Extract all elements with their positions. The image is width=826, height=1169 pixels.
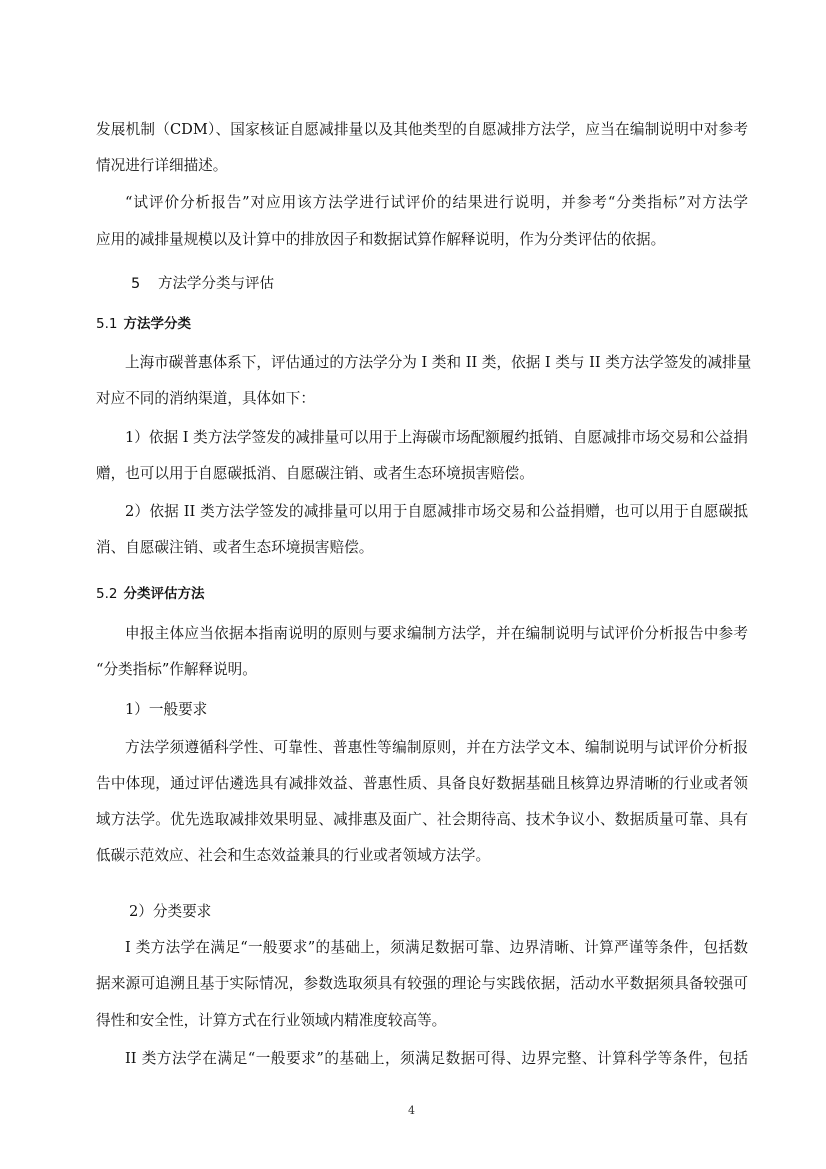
section-title: 方法学分类与评估 (158, 276, 274, 292)
subsection-title: 分类评估方法 (123, 586, 204, 602)
paragraph-line: 得性和安全性，计算方式在行业领域内精准度较高等。 (96, 1011, 748, 1031)
paragraph-line: 对应不同的消纳渠道，具体如下： (96, 389, 748, 409)
subsection-heading: 5.2分类评估方法 (96, 584, 204, 604)
paragraph-line: 应用的减排量规模以及计算中的排放因子和数据试算作解释说明，作为分类评估的依据。 (96, 230, 748, 250)
subsection-title: 方法学分类 (123, 316, 191, 332)
paragraph-line: 发展机制（CDM）、国家核证自愿减排量以及其他类型的自愿减排方法学，应当在编制说… (96, 120, 748, 140)
paragraph-line: 域方法学。优先选取减排效果明显、减排惠及面广、社会期待高、技术争议小、数据质量可… (96, 810, 748, 830)
paragraph-line: 消、自愿碳注销、或者生态环境损害赔偿。 (96, 538, 748, 558)
paragraph-line: 上海市碳普惠体系下，评估通过的方法学分为 I 类和 II 类，依据 I 类与 I… (125, 353, 748, 373)
paragraph-line: 据来源可追溯且基于实际情况，参数选取须具有较强的理论与实践依据，活动水平数据须具… (96, 974, 748, 994)
paragraph-line: 情况进行详细描述。 (96, 156, 748, 176)
paragraph-line: 低碳示范效应、社会和生态效益兼具的行业或者领域方法学。 (96, 846, 748, 866)
subsection-number: 5.1 (96, 316, 117, 332)
paragraph-line: 1）依据 I 类方法学签发的减排量可以用于上海碳市场配额履约抵销、自愿减排市场交… (125, 428, 748, 448)
paragraph-line: 告中体现，通过评估遴选具有减排效益、普惠性质、具备良好数据基础且核算边界清晰的行… (96, 774, 748, 794)
list-item-label: 1）一般要求 (125, 700, 748, 720)
paragraph-line: “试评价分析报告”对应用该方法学进行试评价的结果进行说明，并参考“分类指标”对方… (125, 193, 748, 213)
paragraph-line: “分类指标”作解释说明。 (96, 660, 748, 680)
paragraph-line: 方法学须遵循科学性、可靠性、普惠性等编制原则，并在方法学文本、编制说明与试评价分… (125, 738, 748, 758)
document-page: 发展机制（CDM）、国家核证自愿减排量以及其他类型的自愿减排方法学，应当在编制说… (0, 0, 826, 1169)
paragraph-line: 申报主体应当依据本指南说明的原则与要求编制方法学，并在编制说明与试评价分析报告中… (125, 624, 748, 644)
list-item-label: 2）分类要求 (129, 902, 752, 922)
subsection-heading: 5.1方法学分类 (96, 314, 191, 334)
section-heading: 5方法学分类与评估 (131, 274, 274, 294)
page-number: 4 (408, 1104, 415, 1117)
paragraph-line: II 类方法学在满足“一般要求”的基础上，须满足数据可得、边界完整、计算科学等条… (125, 1049, 748, 1069)
paragraph-line: I 类方法学在满足“一般要求”的基础上，须满足数据可靠、边界清晰、计算严谨等条件… (125, 938, 748, 958)
paragraph-line: 赠，也可以用于自愿碳抵消、自愿碳注销、或者生态环境损害赔偿。 (96, 464, 748, 484)
subsection-number: 5.2 (96, 586, 117, 602)
section-number: 5 (131, 274, 158, 294)
paragraph-line: 2）依据 II 类方法学签发的减排量可以用于自愿减排市场交易和公益捐赠，也可以用… (125, 502, 748, 522)
